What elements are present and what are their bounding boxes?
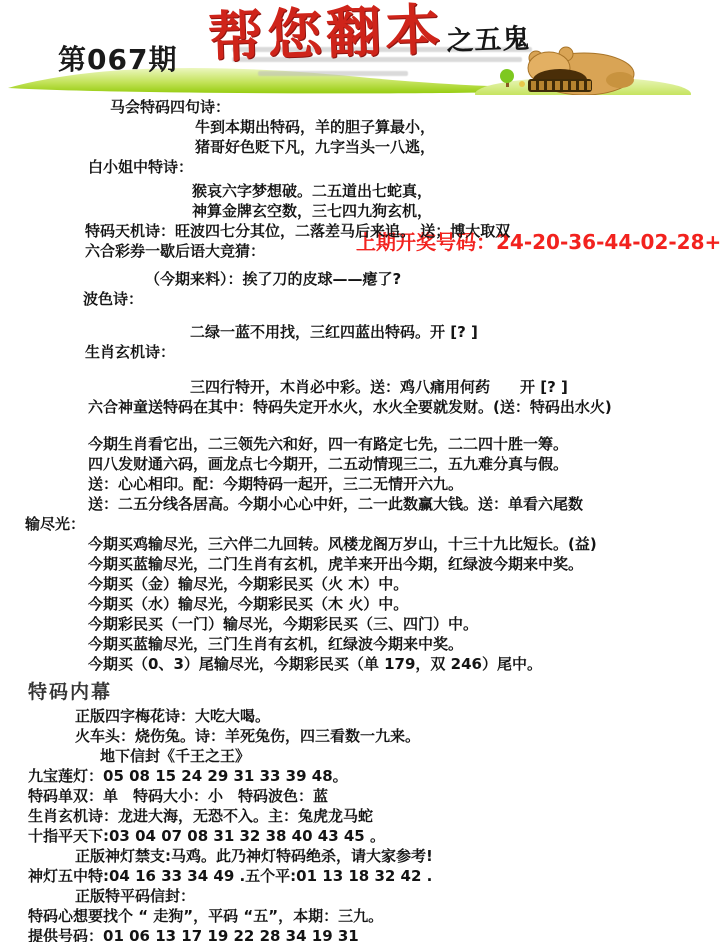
doc-line: 二绿一蓝不用找，三红四蓝出特码。开 [? ]	[0, 322, 720, 342]
doc-line: 马会特码四句诗：	[0, 97, 720, 117]
doc-line: 正版四字梅花诗：大吃大喝。	[0, 706, 720, 726]
doc-line: 今期买蓝输尽光，三门生肖有玄机，红绿波今期来中奖。	[0, 634, 720, 654]
doc-line: 输尽光：	[0, 514, 720, 534]
masthead: 第067期 帮您翻本 之五鬼	[0, 0, 720, 95]
doc-line: 正版神灯禁支:马鸡。此乃神灯特码绝杀，请大家参考!	[0, 846, 720, 866]
doc-line: 牛到本期出特码，羊的胆子算最小，	[0, 117, 720, 137]
page-title-suffix: 之五鬼	[446, 24, 531, 57]
doc-line: 三四行特开，木肖必中彩。送：鸡八痛用何药 开 [? ]	[0, 377, 720, 397]
doc-line: 猪哥好色贬下凡，九字当头一八逃，	[0, 137, 720, 157]
doc-line: 生肖玄机诗：龙进大海，无恐不入。主：兔虎龙马蛇	[0, 806, 720, 826]
doc-line: 九宝莲灯：05 08 15 24 29 31 33 39 48。	[0, 766, 720, 786]
doc-line: 六合神童送特码在其中：特码失定开水火，水火全要就发财。(送：特码出水火)	[0, 397, 720, 417]
watermark-noise	[258, 71, 408, 76]
doc-line: 猴哀六字梦想破。二五道出七蛇真，	[0, 181, 720, 201]
doc-line: 火车头：烧伤兔。诗：羊死兔伤，四三看数一九来。	[0, 726, 720, 746]
doc-line: 正版特平码信封：	[0, 886, 720, 906]
doc-line: 生肖玄机诗：	[0, 342, 720, 362]
doc-line: 六合彩券一歇后语大竞猜：	[0, 241, 720, 261]
doc-line: 地下信封《千王之王》	[0, 746, 720, 766]
doc-line: 神算金牌玄空数，三七四九狗玄机，	[0, 201, 720, 221]
doc-line: 特码心想要找个 “ 走狗”，平码 “五”，本期：三九。	[0, 906, 720, 926]
doc-line: （今期来料）：挨了刀的皮球——瘪了?	[0, 269, 720, 289]
flower-icon	[519, 81, 525, 87]
doc-line: 今期买鸡输尽光，三六伴二九回转。风楼龙阁万岁山，十三十九比短长。(益)	[0, 534, 720, 554]
doc-line: 今期生肖看它出，二三领先六和好，四一有路定七先，二二四十胜一筹。	[0, 434, 720, 454]
doc-line: 神灯五中特:04 16 33 34 49 .五个平:01 13 18 32 42…	[0, 866, 720, 886]
tip-sheet-body: 马会特码四句诗： 牛到本期出特码，羊的胆子算最小， 猪哥好色贬下凡，九字当头一八…	[0, 95, 720, 942]
tip-sheet-page: { "header": { "issue": "第067期", "title":…	[0, 0, 720, 942]
doc-line: 提供号码：01 06 13 17 19 22 28 34 19 31	[0, 926, 720, 942]
doc-line: 今期买（水）输尽光，今期彩民买（木 火）中。	[0, 594, 720, 614]
doc-line: 今期买蓝输尽光，二门生肖有玄机，虎羊来开出今期，红绿波今期来中奖。	[0, 554, 720, 574]
doc-line: 今期彩民买（一门）输尽光，今期彩民买（三、四门）中。	[0, 614, 720, 634]
doc-line: 四八发财通六码，画龙点七今期开，二五动情现三二，五九难分真与假。	[0, 454, 720, 474]
doc-line: 特码天机诗：旺波四七分其位，二落差马后来追。 送；博大取双	[0, 221, 720, 241]
doc-line: 白小姐中特诗：	[0, 157, 720, 177]
doc-line: 特码单双：单 特码大小：小 特码波色：蓝	[0, 786, 720, 806]
doc-line: 今期买（0、3）尾输尽光，今期彩民买（单 179，双 246）尾中。	[0, 654, 720, 674]
doc-line: 十指平天下:03 04 07 08 31 32 38 40 43 45 。	[0, 826, 720, 846]
section-heading: 特码内幕	[0, 678, 720, 706]
bear-mascot-illustration	[528, 47, 634, 95]
page-title-main: 帮您翻本	[207, 0, 445, 70]
issue-number: 第067期	[58, 38, 177, 78]
doc-line: 今期买（金）输尽光，今期彩民买（火 木）中。	[0, 574, 720, 594]
doc-line: 送：心心相印。配：今期特码一起开，三二无情开六九。	[0, 474, 720, 494]
fence-graphic	[528, 79, 592, 92]
page-title: 帮您翻本 之五鬼	[207, 0, 531, 70]
doc-line: 波色诗：	[0, 289, 720, 309]
doc-line: 送：二五分线各居高。今期小心心中奸，二一此数赢大钱。送：单看六尾数	[0, 494, 720, 514]
